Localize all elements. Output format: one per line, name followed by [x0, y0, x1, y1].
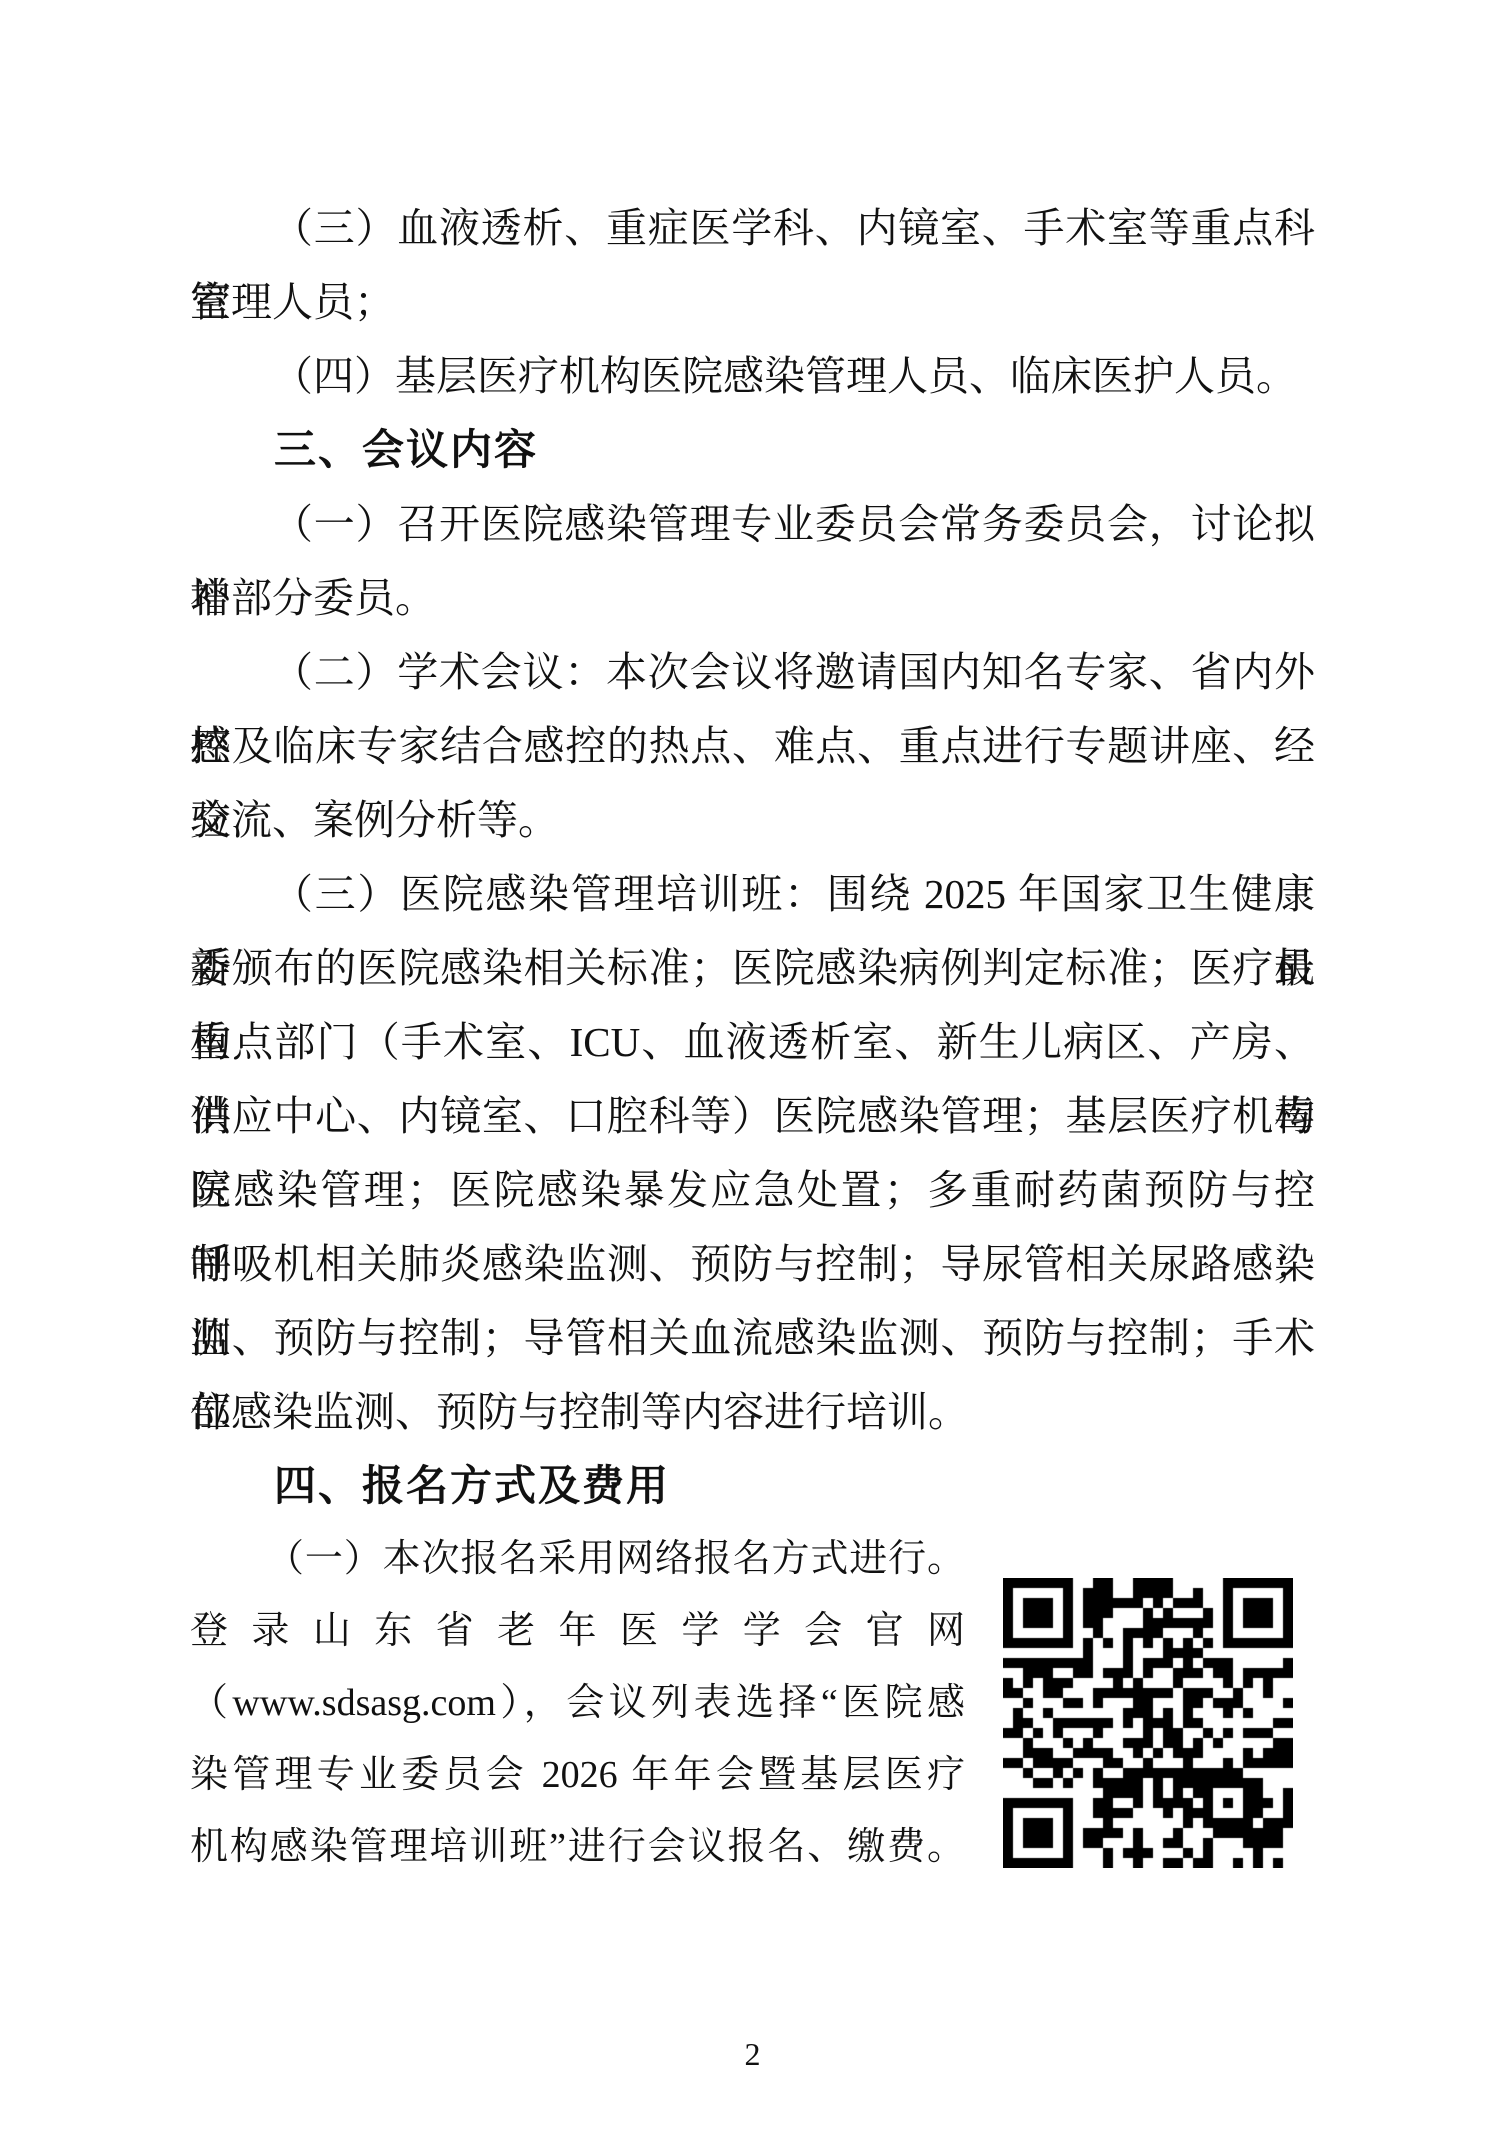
- body-line: 重点部门（手术室、ICU、血液透析室、新生儿病区、产房、消毒: [190, 1005, 1315, 1079]
- body-line: 位感染监测、预防与控制等内容进行培训。: [190, 1375, 1315, 1449]
- qr-code-image: [1003, 1578, 1293, 1868]
- body-line: 管理人员；: [190, 265, 1315, 339]
- body-line: （一）召开医院感染管理专业委员会常务委员会，讨论拟增: [190, 487, 1315, 561]
- document-page: （三）血液透析、重症医学科、内镜室、手术室等重点科室 管理人员； （四）基层医疗…: [0, 0, 1505, 2129]
- body-line: （三）医院感染管理培训班：围绕 2025 年国家卫生健康委最: [190, 857, 1315, 931]
- body-line: 院感染管理；医院感染暴发应急处置；多重耐药菌预防与控制；: [190, 1153, 1315, 1227]
- body-line: （二）学术会议：本次会议将邀请国内知名专家、省内外感: [190, 635, 1315, 709]
- body-line: 呼吸机相关肺炎感染监测、预防与控制；导尿管相关尿路感染监: [190, 1227, 1315, 1301]
- section-heading-meeting-content: 三、会议内容: [190, 413, 1315, 487]
- registration-paragraph: （一）本次报名采用网络报名方式进行。 登录山东省老年医学学会官网 （www.sd…: [190, 1523, 965, 1883]
- section-heading-registration: 四、报名方式及费用: [190, 1449, 1315, 1523]
- body-line: （一）本次报名采用网络报名方式进行。: [190, 1523, 965, 1595]
- body-line: 供应中心、内镜室、口腔科等）医院感染管理；基层医疗机构医: [190, 1079, 1315, 1153]
- registration-qr-code: [1003, 1578, 1293, 1868]
- body-line: 补部分委员。: [190, 561, 1315, 635]
- registration-url-line: （www.sdsasg.com），会议列表选择“医院感: [190, 1667, 965, 1739]
- body-line: 登录山东省老年医学学会官网: [190, 1595, 965, 1667]
- body-line: （三）血液透析、重症医学科、内镜室、手术室等重点科室: [190, 191, 1315, 265]
- body-line: 机构感染管理培训班”进行会议报名、缴费。: [190, 1811, 965, 1883]
- body-line: 测、预防与控制；导管相关血流感染监测、预防与控制；手术部: [190, 1301, 1315, 1375]
- body-line: 染管理专业委员会 2026 年年会暨基层医疗: [190, 1739, 965, 1811]
- body-line: （四）基层医疗机构医院感染管理人员、临床医护人员。: [190, 339, 1315, 413]
- body-line: 控及临床专家结合感控的热点、难点、重点进行专题讲座、经验: [190, 709, 1315, 783]
- body-line: 新颁布的医院感染相关标准；医院感染病例判定标准；医疗机构: [190, 931, 1315, 1005]
- page-number: 2: [0, 2036, 1505, 2073]
- body-line: 交流、案例分析等。: [190, 783, 1315, 857]
